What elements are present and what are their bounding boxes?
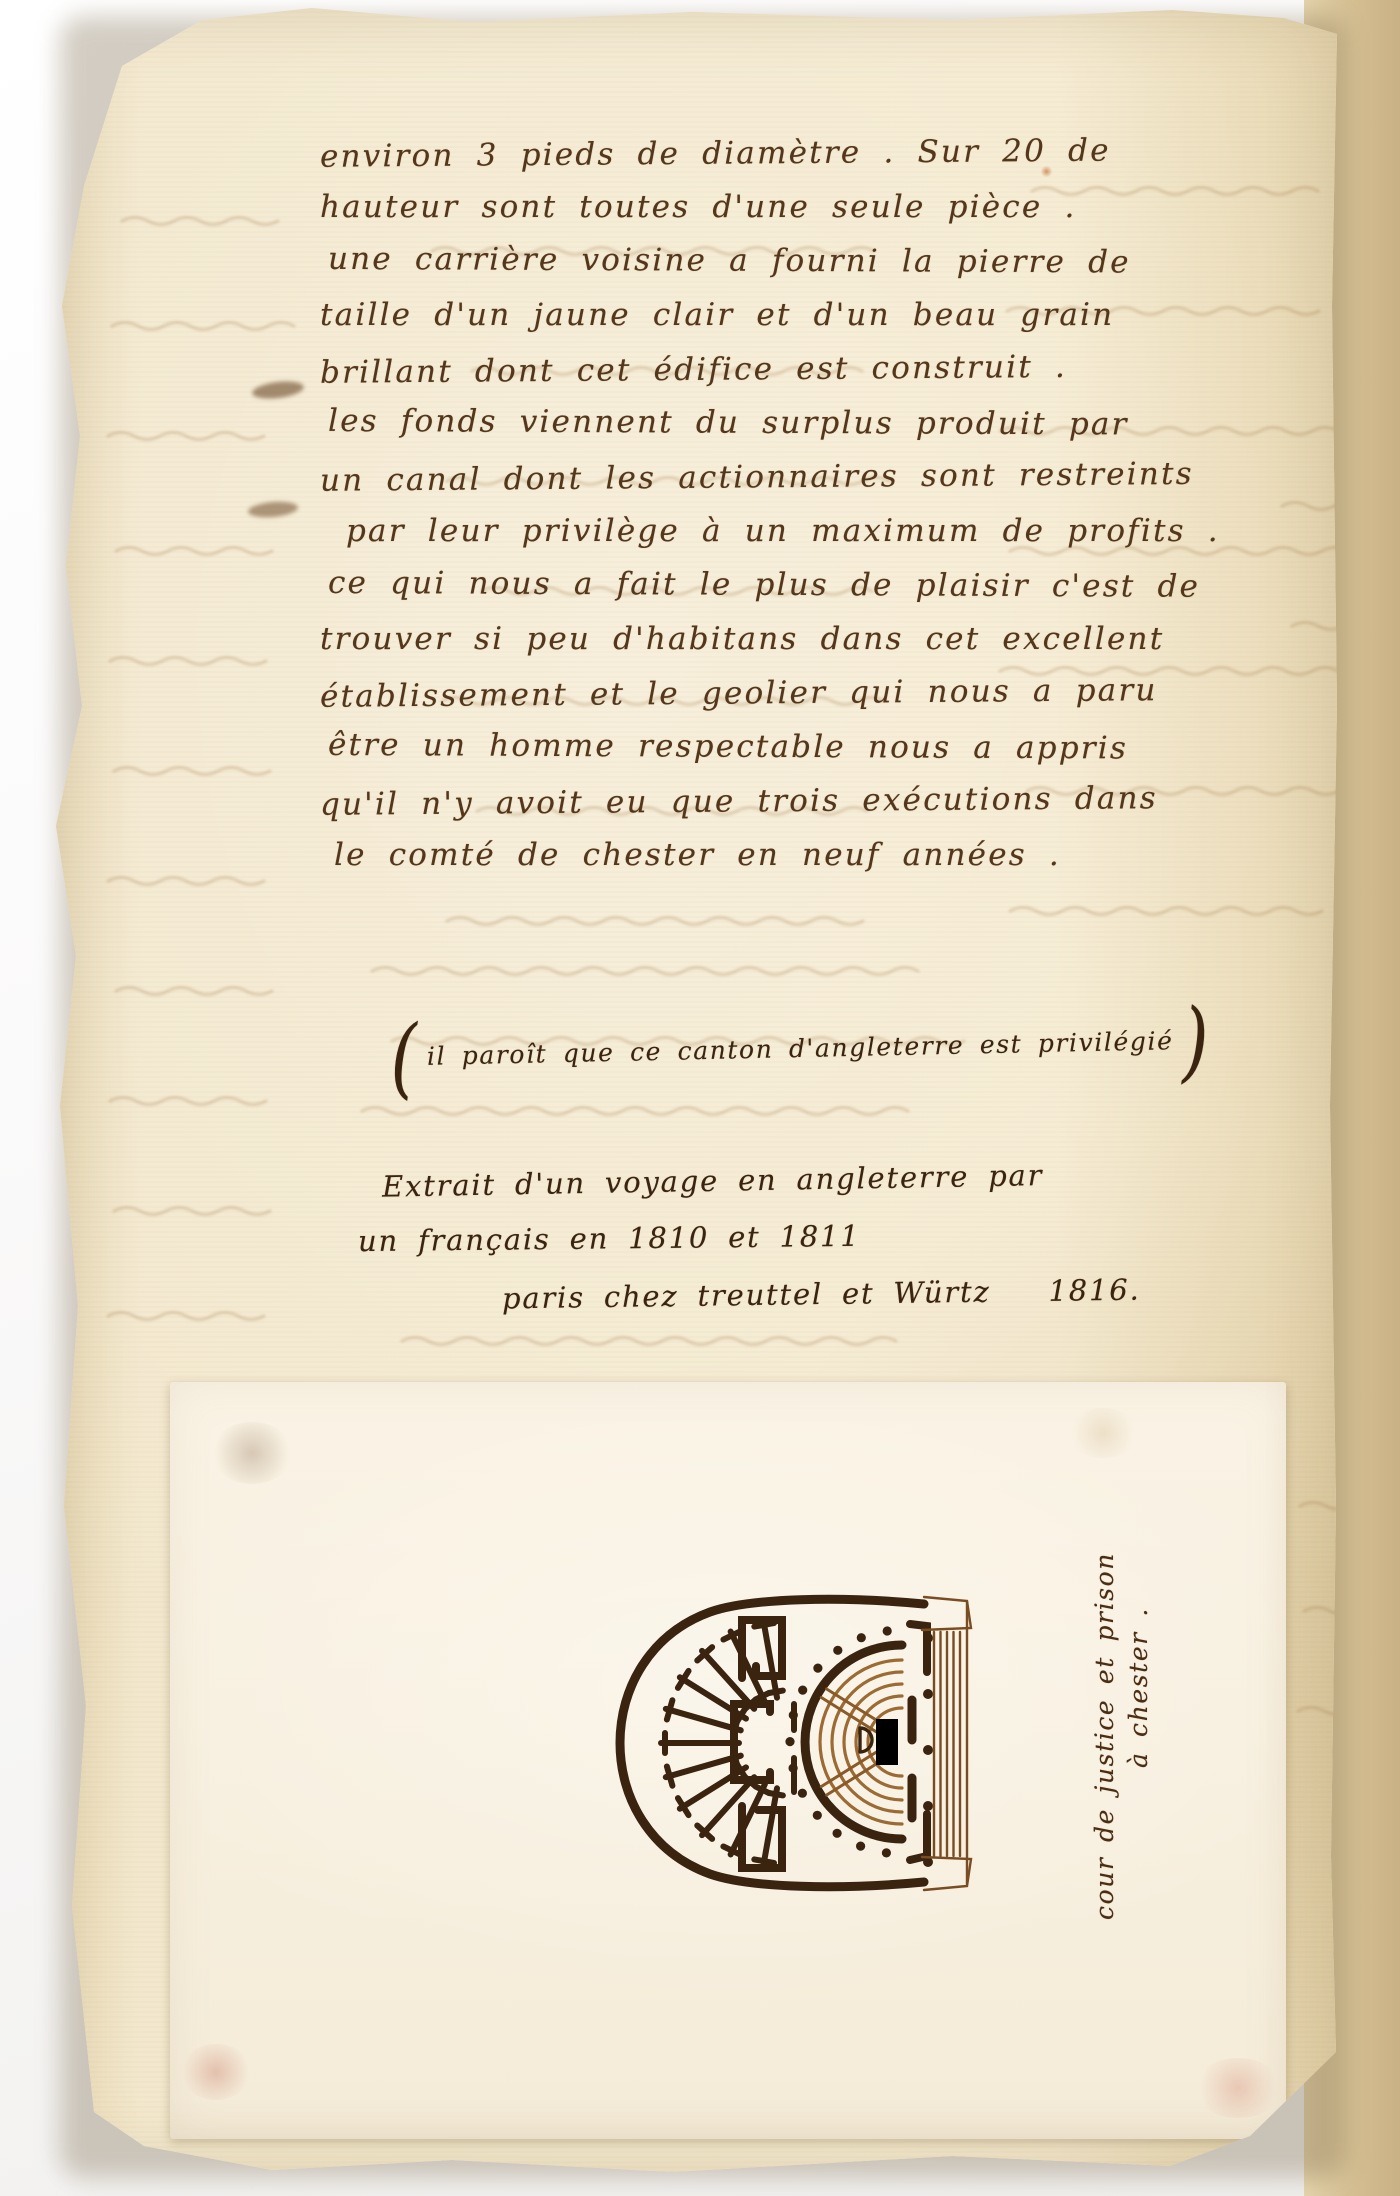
- manuscript-line: trouver si peu d'habitans dans cet excel…: [320, 612, 1280, 666]
- manuscript-body: environ 3 pieds de diamètre . Sur 20 de …: [320, 126, 1280, 882]
- manuscript-page: environ 3 pieds de diamètre . Sur 20 de …: [52, 6, 1337, 2174]
- aside-text: il paroît que ce canton d'angleterre est…: [427, 1026, 1174, 1071]
- citation-line: paris chez treuttel et Würtz1816.: [502, 1262, 1141, 1328]
- manuscript-line: établissement et le geolier qui nous a p…: [320, 662, 1280, 724]
- parenthetical-remark: (il paroît que ce canton d'angleterre es…: [381, 999, 1219, 1098]
- citation-publisher: paris chez treuttel et Würtz: [502, 1275, 991, 1316]
- ink-smudge: [251, 379, 305, 401]
- plan-d-mark: [860, 1728, 872, 1752]
- citation-line: un français en 1810 et 1811: [358, 1205, 1141, 1270]
- plan-wall-bracket: [910, 1624, 927, 1672]
- manuscript-line: une carrière voisine a fourni la pierre …: [328, 232, 1280, 290]
- manuscript-line: ce qui nous a fait le plus de plaisir c'…: [328, 556, 1280, 614]
- prison-plan-figure: [590, 1578, 990, 1908]
- manuscript-line: taille d'un jaune clair et d'un beau gra…: [320, 288, 1280, 342]
- photographed-manuscript: environ 3 pieds de diamètre . Sur 20 de …: [0, 0, 1400, 2196]
- source-citation: Extrait d'un voyage en angleterre par un…: [350, 1152, 1141, 1323]
- manuscript-line: les fonds viennent du surplus produit pa…: [328, 394, 1280, 452]
- manuscript-line: être un homme respectable nous a appris: [328, 718, 1280, 776]
- figure-caption-line: à chester .: [1122, 1490, 1156, 1768]
- close-paren: ): [1180, 989, 1211, 1092]
- manuscript-line: par leur privilège à un maximum de profi…: [346, 504, 1280, 558]
- manuscript-line: hauteur sont toutes d'une seule pièce .: [320, 180, 1280, 234]
- open-paren: (: [389, 1006, 420, 1109]
- manuscript-line: le comté de chester en neuf années .: [334, 828, 1280, 882]
- figure-caption-line: cour de justice et prison: [1088, 1490, 1122, 1920]
- ink-smudge: [247, 500, 298, 519]
- manuscript-line: qu'il n'y avoit eu que trois exécutions …: [320, 770, 1280, 832]
- manuscript-line: un canal dont les actionnaires sont rest…: [320, 446, 1280, 508]
- citation-line: Extrait d'un voyage en angleterre par: [382, 1145, 1141, 1215]
- figure-caption: cour de justice et prison à chester .: [1088, 1490, 1156, 1920]
- citation-year: 1816.: [1048, 1262, 1141, 1320]
- manuscript-line: environ 3 pieds de diamètre . Sur 20 de: [320, 122, 1280, 184]
- plan-judge-box: [876, 1719, 898, 1765]
- manuscript-line: brillant dont cet édifice est construit …: [320, 338, 1280, 400]
- plan-cell-spokes: [661, 1619, 787, 1867]
